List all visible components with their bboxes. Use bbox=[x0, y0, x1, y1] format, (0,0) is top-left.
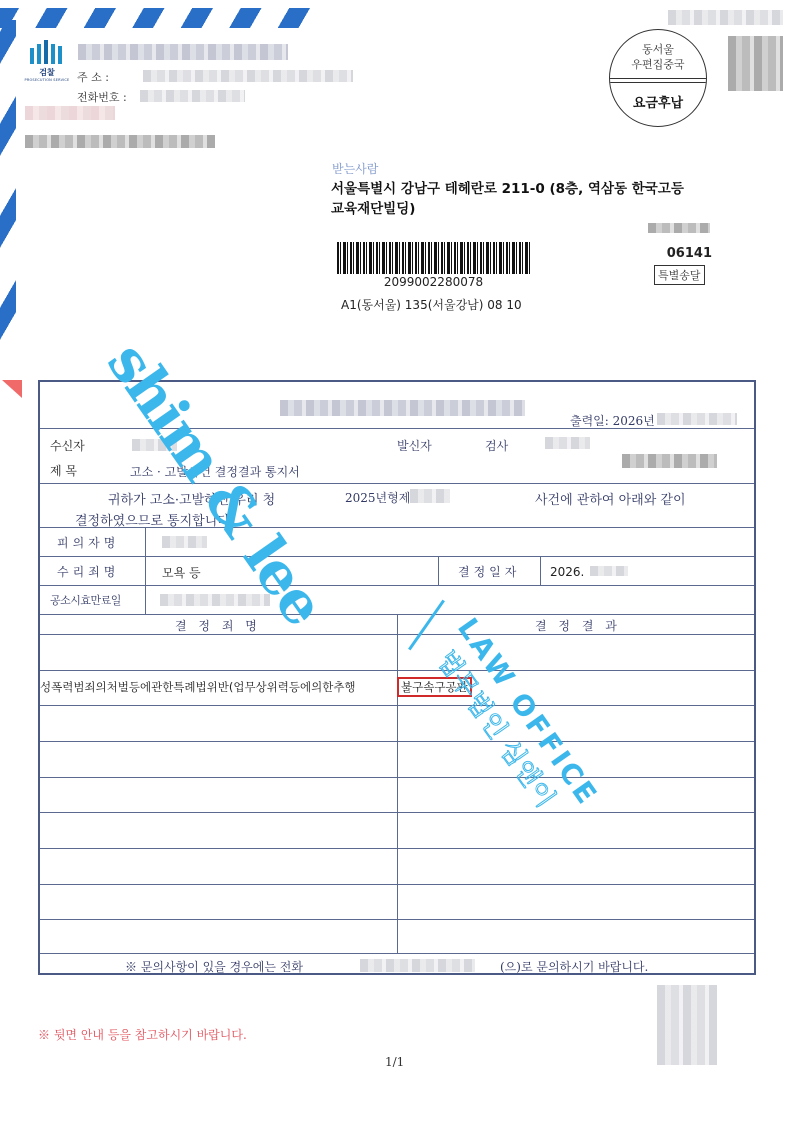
print-date-label: 출력일: 2026년 bbox=[570, 412, 655, 429]
table-row-result: 불구속구공판 bbox=[397, 677, 472, 697]
recipient-field-label: 수신자 bbox=[50, 437, 85, 454]
postmark-office: 동서울 bbox=[610, 42, 706, 57]
table-row-crime: 성폭력범죄의처벌등에관한특례법위반(업무상위력등에의한추행 bbox=[40, 679, 397, 695]
suspect-label: 피의자명 bbox=[57, 534, 119, 551]
corner-mark-icon bbox=[2, 380, 22, 398]
sender-phone-redacted bbox=[140, 90, 245, 102]
notice-text-3: 결정하였으므로 통지합니다. bbox=[75, 510, 234, 529]
notice-text-2: 사건에 관하여 아래와 같이 bbox=[535, 489, 686, 508]
sender-extra2-redacted bbox=[25, 135, 215, 148]
inquiry-text-2: (으)로 문의하시기 바랍니다. bbox=[500, 958, 648, 975]
sender-name-redacted bbox=[78, 44, 288, 60]
case-number-prefix: 2025년형제 bbox=[345, 489, 410, 506]
barcode-number: 2099002280078 bbox=[337, 275, 530, 289]
sender-address-redacted bbox=[143, 70, 353, 82]
charge-value: 모욕 등 bbox=[162, 564, 201, 581]
top-right-redacted bbox=[668, 10, 783, 25]
logo-name: 검찰 bbox=[24, 67, 70, 78]
inquiry-phone-redacted bbox=[360, 959, 475, 972]
logo-subtitle: PROSECUTION SERVICE bbox=[24, 78, 70, 82]
footer-note: ※ 뒷면 안내 등을 참고하시기 바랍니다. bbox=[38, 1026, 247, 1043]
table-header-crime: 결 정 죄 명 bbox=[175, 617, 261, 634]
delivery-type-badge: 특별송달 bbox=[654, 265, 705, 285]
sender-title: 검사 bbox=[485, 437, 508, 454]
sender-address-label: 주 소 : bbox=[77, 69, 109, 85]
notice-text-1: 귀하가 고소·고발하신 우리 청 bbox=[108, 489, 275, 508]
decision-date-label: 결정일자 bbox=[458, 563, 520, 580]
sender-extra-redacted bbox=[25, 106, 115, 120]
qr-code-redacted bbox=[728, 36, 783, 91]
sender-field-label: 발신자 bbox=[397, 437, 432, 454]
table-header-result: 결 정 결 과 bbox=[535, 617, 621, 634]
case-number-redacted bbox=[410, 489, 450, 503]
office-name-redacted bbox=[280, 400, 525, 416]
print-date-redacted bbox=[657, 413, 737, 425]
zip-code: 06141 bbox=[650, 246, 712, 261]
decision-date-redacted bbox=[590, 566, 628, 576]
recipient-address: 서울특별시 강남구 테헤란로 211-0 (8층, 역삼동 한국고등교육재단빌딩… bbox=[331, 179, 691, 219]
prosecutor-name-redacted bbox=[545, 437, 590, 449]
subject-label: 제 목 bbox=[50, 462, 77, 479]
recipient-name-redacted bbox=[648, 223, 710, 233]
inquiry-text-1: ※ 문의사항이 있을 경우에는 전화 bbox=[125, 958, 303, 975]
page-number: 1/1 bbox=[385, 1055, 404, 1069]
recipient-field-redacted bbox=[132, 439, 177, 451]
route-code: A1(동서울) 135(서울강남) 08 10 bbox=[341, 296, 522, 313]
logo-bars-icon bbox=[30, 40, 70, 64]
postmark-stamp: 동서울우편집중국 요금후납 bbox=[609, 29, 707, 127]
statute-date-redacted bbox=[160, 594, 270, 606]
prosecution-logo: 검찰 PROSECUTION SERVICE bbox=[24, 40, 70, 84]
recipient-label: 받는사람 bbox=[332, 160, 378, 177]
decision-date-value: 2026. bbox=[550, 565, 584, 579]
postmark-fee: 요금후납 bbox=[610, 92, 706, 111]
envelope-stripe-top bbox=[0, 8, 310, 28]
subject-value: 고소 · 고발사건 결정결과 통지서 bbox=[130, 463, 300, 480]
charge-label: 수리죄명 bbox=[57, 563, 119, 580]
statute-label: 공소시효만료일 bbox=[50, 592, 121, 608]
barcode-icon bbox=[337, 242, 530, 274]
prosecutor-seal-redacted bbox=[622, 454, 717, 468]
envelope-stripe-left bbox=[0, 20, 16, 340]
notice-form: 출력일: 2026년 수신자 발신자 검사 제 목 고소 · 고발사건 결정결과… bbox=[38, 380, 756, 975]
postmark-center: 우편집중국 bbox=[610, 57, 706, 72]
suspect-name-redacted bbox=[162, 536, 207, 548]
sender-phone-label: 전화번호 : bbox=[77, 89, 127, 105]
stamp-redacted bbox=[657, 985, 717, 1065]
